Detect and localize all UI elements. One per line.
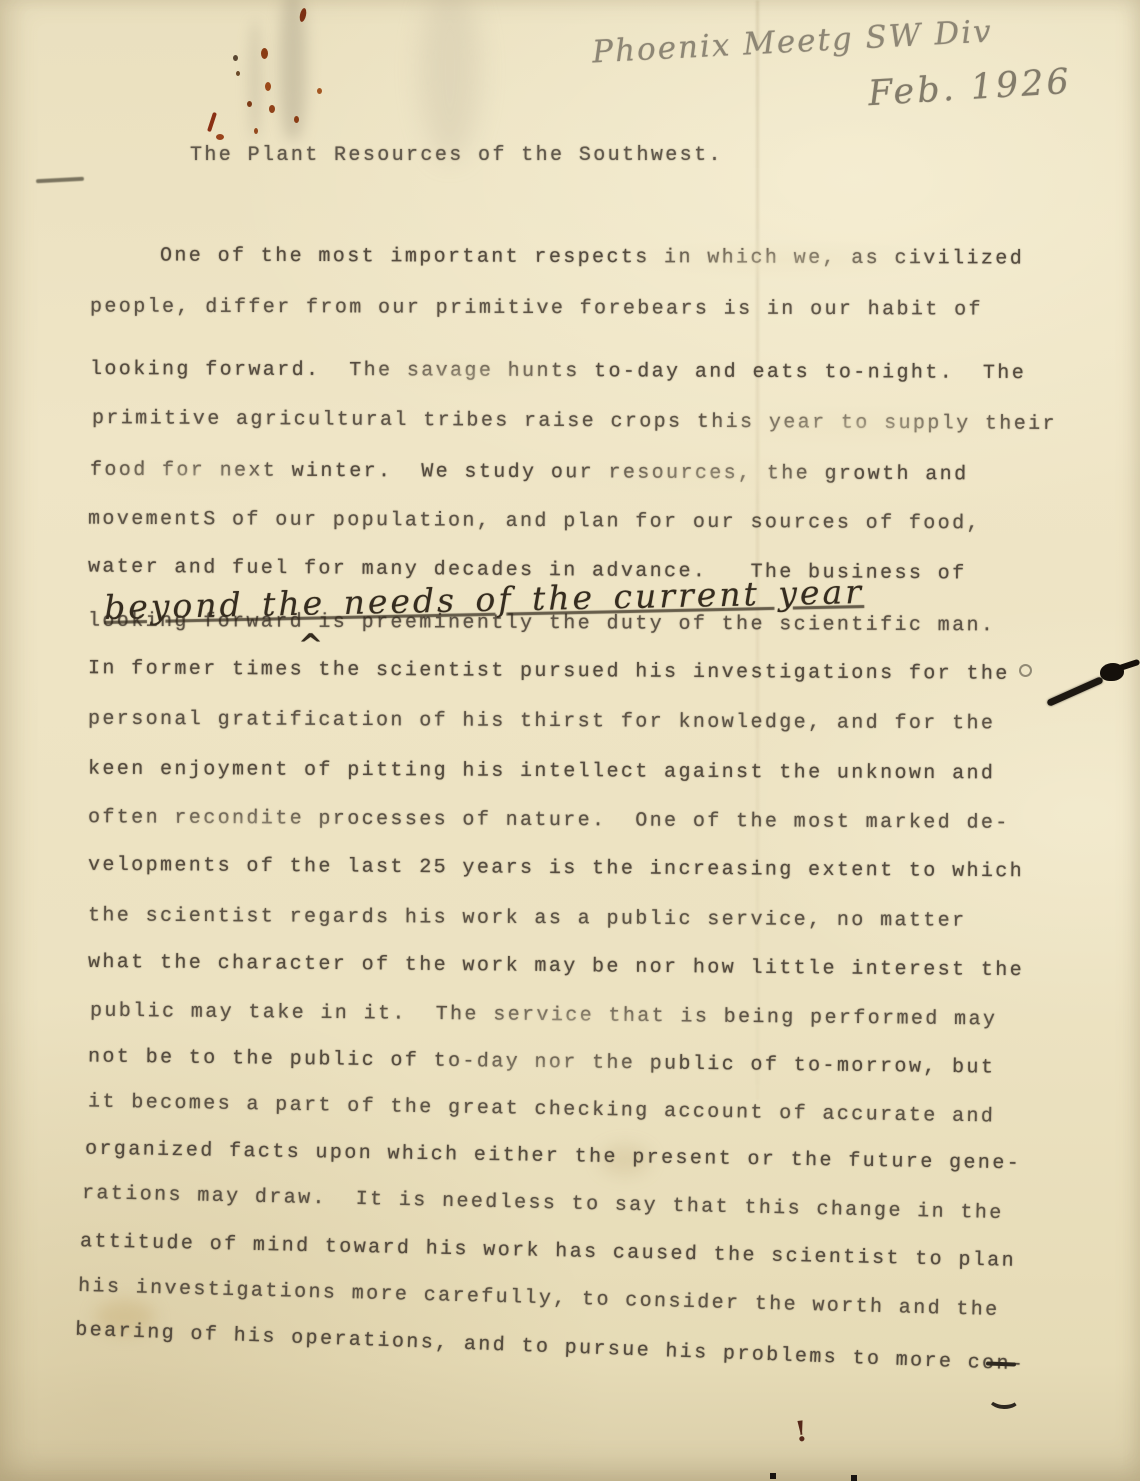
typed-line: what the character of the work may be no… <box>88 951 1024 982</box>
speck <box>770 1473 776 1479</box>
pencil-dash <box>36 177 84 184</box>
typed-line: attitude of mind toward his work has cau… <box>80 1230 1016 1273</box>
ink-dot <box>1019 664 1032 677</box>
rust-stain <box>265 82 271 91</box>
rust-stain <box>317 88 322 94</box>
rust-stain <box>269 105 275 113</box>
typed-line: In former times the scientist pursued hi… <box>88 657 1010 686</box>
ink-blot <box>1118 659 1140 672</box>
typed-line: organized facts upon which either the pr… <box>85 1138 1021 1176</box>
page-title: The Plant Resources of the Southwest. <box>190 144 723 167</box>
rust-stain <box>261 48 268 59</box>
rust-stain <box>294 116 299 123</box>
paper-crease <box>756 0 759 1100</box>
typed-line: rations may draw. It is needless to say … <box>82 1182 1004 1225</box>
typed-line: One of the most important respects in wh… <box>160 244 1024 270</box>
handwritten-date-note: Feb. 1926 <box>867 62 1073 114</box>
speck <box>851 1475 857 1481</box>
ink-mark <box>1046 676 1104 707</box>
typed-line: bearing of his operations, and to pursue… <box>75 1319 1026 1377</box>
typed-line: movementS of our population, and plan fo… <box>88 508 981 536</box>
rust-stain <box>247 101 252 107</box>
rust-stain <box>233 55 238 61</box>
typed-line: not be to the public of to-day nor the p… <box>88 1045 996 1079</box>
typed-line: public may take in it. The service that … <box>90 1000 998 1032</box>
handwritten-top-note: Phoenix Meetg SW Div <box>591 14 993 71</box>
typed-line: people, differ from our primitive forebe… <box>90 295 983 321</box>
close-up-mark <box>988 1387 1021 1409</box>
typed-line: velopments of the last 25 years is the i… <box>88 854 1024 884</box>
typed-line: keen enjoyment of pitting his intellect … <box>88 758 995 786</box>
typed-line: it becomes a part of the great checking … <box>88 1090 996 1128</box>
smudge <box>420 0 480 160</box>
rust-stain <box>207 112 217 132</box>
rust-stain <box>236 71 240 76</box>
caret-mark: ^ <box>298 628 323 663</box>
typed-line: personal gratification of his thirst for… <box>88 708 995 736</box>
typed-line: primitive agricultural tribes raise crop… <box>92 407 1057 436</box>
typed-line: looking forward. The savage hunts to-day… <box>90 358 1026 385</box>
scanned-typescript-page: Phoenix Meetg SW Div Feb. 1926 The Plant… <box>0 0 1140 1481</box>
smudge <box>248 20 262 140</box>
typed-line: food for next winter. We study our resou… <box>90 459 969 487</box>
rust-stain <box>216 134 224 140</box>
exclamation-mark: ! <box>793 1414 809 1448</box>
typed-line: his investigations more carefully, to co… <box>78 1275 1000 1322</box>
typed-line: often recondite processes of nature. One… <box>88 806 1010 835</box>
rust-stain <box>254 128 258 134</box>
typed-line: the scientist regards his work as a publ… <box>88 904 967 932</box>
